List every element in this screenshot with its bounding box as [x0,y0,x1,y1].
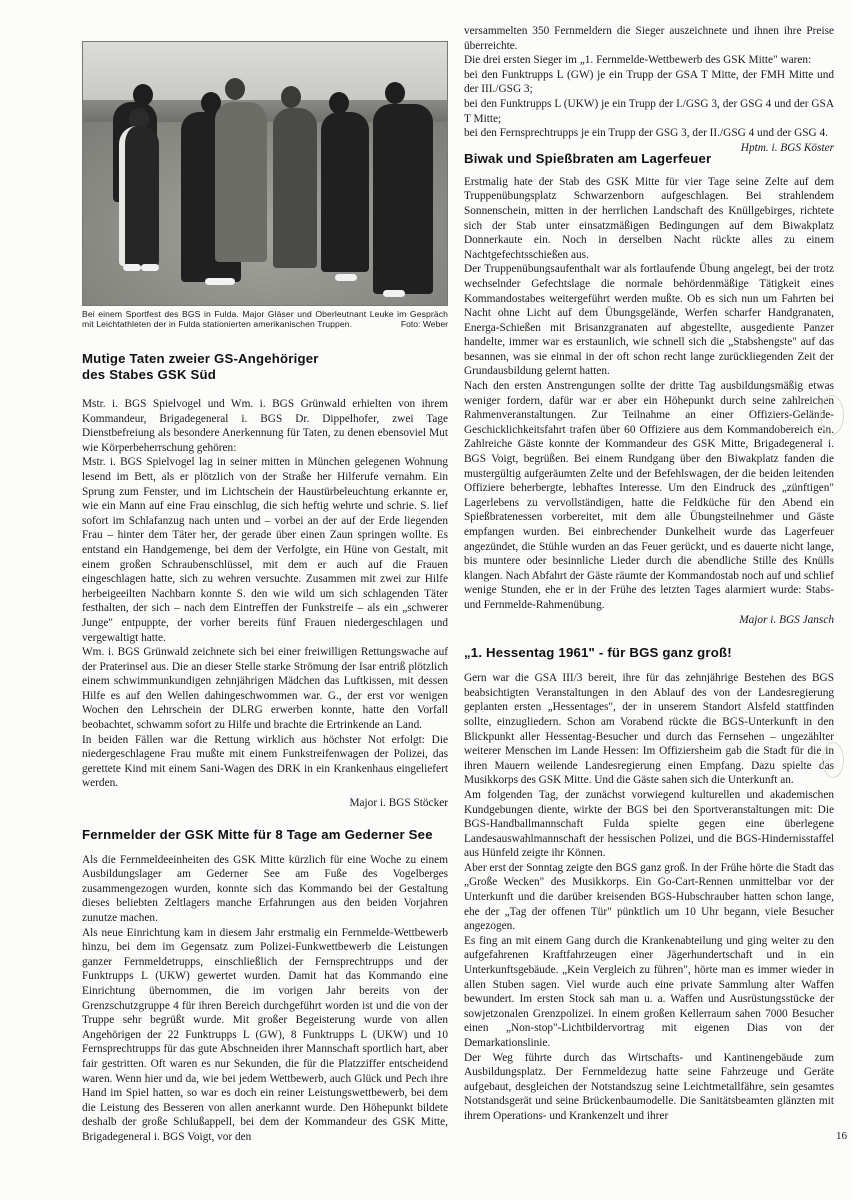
magazine-page: Bei einem Sportfest des BGS in Fulda. Ma… [0,0,851,1200]
paragraph: Nach den ersten Anstrengungen sollte der… [464,379,834,613]
paragraph: Gern war die GSA III/3 bereit, ihre für … [464,671,834,788]
sports-festival-photo [82,41,448,306]
article-title-line: des Stabes GSK Süd [82,367,216,382]
photo-figure-athlete [321,112,369,272]
left-column: Bei einem Sportfest des BGS in Fulda. Ma… [82,41,448,1145]
article-body: Erstmalig hate der Stab des GSK Mitte fü… [464,175,834,613]
photo-figure-officer-uniform [273,108,317,268]
photo-shoe [141,264,159,271]
photo-shoe [205,278,235,285]
photo-figure-head [225,78,245,100]
article-title: „1. Hessentag 1961" - für BGS ganz groß! [464,645,834,661]
paragraph: Wm. i. BGS Grünwald zeichnete sich bei e… [82,645,448,733]
paragraph: Der Truppenübungsaufenthalt war als fort… [464,262,834,379]
paragraph: Als die Fernmeldeeinheiten des GSK Mitte… [82,853,448,926]
article-fernmelder: Fernmelder der GSK Mitte für 8 Tage am G… [82,827,448,1145]
author-signature: Major i. BGS Jansch [464,613,834,628]
paragraph: Der Weg führte durch das Wirtschafts- un… [464,1051,834,1124]
article-body: Als die Fernmeldeeinheiten des GSK Mitte… [82,853,448,1145]
photo-figure-head [281,86,301,108]
paragraph-text: bei den Fernsprechtrupps je ein Trupp de… [464,127,828,139]
photo-shoe [383,290,405,297]
paragraph: versammelten 350 Fernmeldern die Sieger … [464,24,834,53]
scan-artifact [820,395,844,435]
photo-figure-head [329,92,349,114]
article-title: Fernmelder der GSK Mitte für 8 Tage am G… [82,827,448,843]
right-column: versammelten 350 Fernmeldern die Sieger … [464,24,834,1124]
paragraph: bei den Funktrupps L (GW) je ein Trupp d… [464,68,834,97]
paragraph: Aber erst der Sonntag zeigte den BGS gan… [464,861,834,934]
paragraph: Erstmalig hate der Stab des GSK Mitte fü… [464,175,834,263]
article-title-line: Mutige Taten zweier GS-Angehöriger [82,351,319,366]
paragraph: Am folgenden Tag, der zunächst vorwiegen… [464,788,834,861]
author-signature: Hptm. i. BGS Köster [741,141,834,156]
page-number: 16 [836,1130,847,1142]
paragraph: Als neue Einrichtung kam in diesem Jahr … [82,926,448,1145]
photo-figure-officer-coat [215,102,267,262]
author-signature: Major i. BGS Stöcker [82,796,448,811]
photo-figure-athlete [119,126,159,266]
article-hessentag: „1. Hessentag 1961" - für BGS ganz groß!… [464,645,834,1123]
paragraph: Es fing an mit einem Gang durch die Kran… [464,934,834,1051]
paragraph: Mstr. i. BGS Spielvogel und Wm. i. BGS G… [82,397,448,455]
article-mutige-taten: Mutige Taten zweier GS-Angehöriger des S… [82,351,448,811]
article-body: Mstr. i. BGS Spielvogel und Wm. i. BGS G… [82,397,448,791]
article-biwak: Biwak und Spießbraten am Lagerfeuer Erst… [464,151,834,627]
photo-shoe [123,264,141,271]
photo-figure-head [385,82,405,104]
article-body: Gern war die GSA III/3 bereit, ihre für … [464,671,834,1123]
photo-figure-athlete [373,104,433,294]
article-title: Mutige Taten zweier GS-Angehöriger des S… [82,351,448,383]
paragraph: Mstr. i. BGS Spielvogel lag in seiner mi… [82,455,448,645]
scan-artifact [822,742,844,778]
paragraph: bei den Fernsprechtrupps je ein Trupp de… [464,126,834,141]
paragraph: Die drei ersten Sieger im „1. Fernmelde-… [464,53,834,68]
article-fernmelder-continuation: versammelten 350 Fernmeldern die Sieger … [464,24,834,141]
photo-shoe [335,274,357,281]
paragraph: bei den Funktrupps L (UKW) je ein Trupp … [464,97,834,126]
paragraph: In beiden Fällen war die Rettung wirklic… [82,733,448,791]
